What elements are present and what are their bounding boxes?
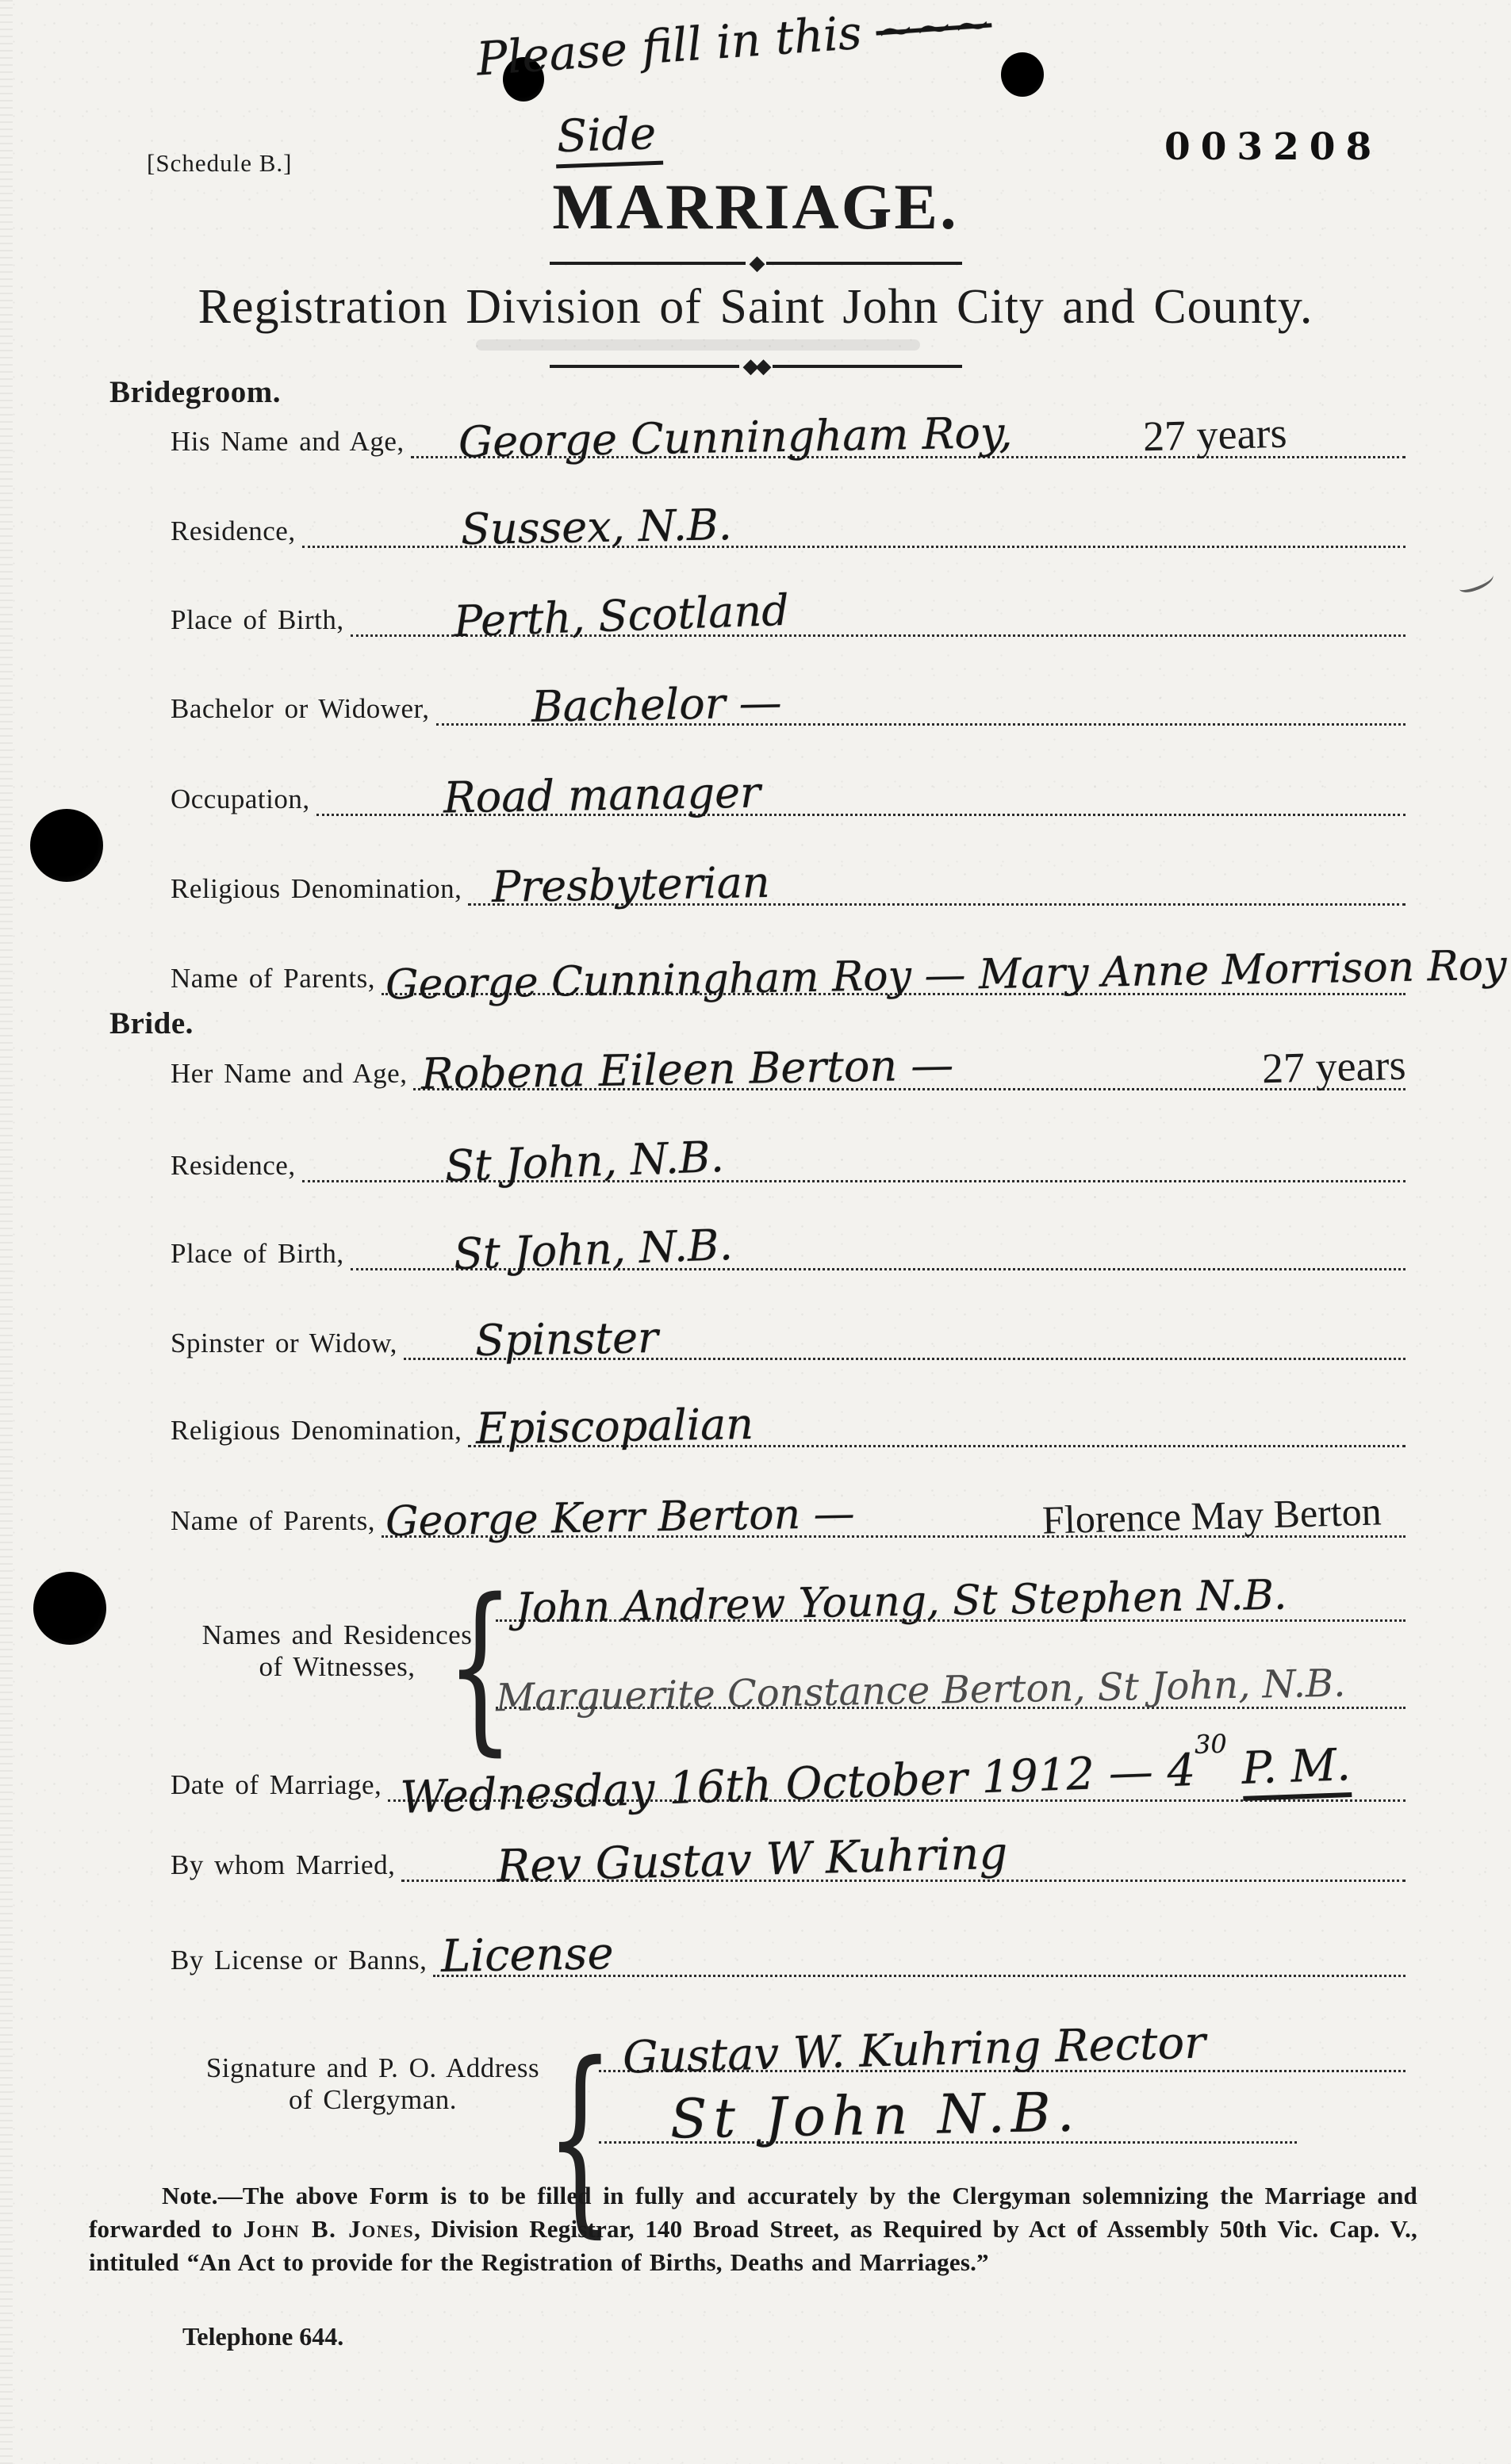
dotted-entry-line: Marguerite Constance Berton, St John, N.… [496,1664,1406,1709]
ornamental-divider: ◆◆ [550,365,962,368]
field-label: His Name and Age, [171,427,411,458]
field-birthplace-bride: Place of Birth, St John, N.B. [171,1225,1406,1270]
handwritten-entry: 27 years [1261,1040,1406,1094]
field-label: Place of Birth, [171,1240,351,1270]
serial-number-stamp: 003208 [1164,125,1382,169]
dotted-entry-line: Rev Gustav W Kuhring [401,1837,1406,1882]
field-residence-bride: Residence, St John, N.B. [171,1137,1406,1182]
field-date-of-marriage: Date of Marriage, Wednesday 16th October… [171,1757,1406,1802]
field-label: By whom Married, [171,1851,401,1882]
bride-heading: Bride. [109,1006,194,1041]
dotted-entry-line: George Cunningham Roy — Mary Anne Morris… [382,950,1406,995]
dotted-entry-line: License [433,1932,1406,1977]
field-label: By License or Banns, [171,1946,433,1977]
dotted-entry-line: Robena Eileen Berton — 27 years [413,1045,1406,1090]
dotted-entry-line: Gustav W. Kuhring Rector [599,2027,1406,2072]
dotted-entry-line: St John, N.B. [351,1225,1406,1270]
ornamental-divider: ◆ [550,262,962,265]
dotted-entry-line: Presbyterian [468,860,1406,906]
clergyman-label-line1: Signature and P. O. Address [167,2052,579,2084]
handwritten-side-note: Side [554,108,664,169]
dotted-entry-line: George Cunningham Roy, 27 years [411,413,1406,458]
field-religion-groom: Religious Denomination, Presbyterian [171,860,1406,906]
field-label: Her Name and Age, [171,1060,413,1090]
dotted-entry-line: Wednesday 16th October 1912 — 430 P. M. [388,1757,1406,1802]
registrar-note: Note.—The above Form is to be filled in … [89,2179,1417,2279]
top-note-text: Please fill in this [474,5,877,86]
top-note-crossed-out-word: ~~~ [874,0,993,58]
field-label: Religious Denomination, [171,1416,468,1447]
clergyman-label-line2: of Clergyman. [167,2084,579,2116]
field-clergyman-signature: Gustav W. Kuhring Rector [599,2027,1406,2072]
dotted-entry-line: John Andrew Young, St Stephen N.B. [496,1577,1406,1622]
field-clergyman-address: St John N.B. [599,2098,1297,2144]
field-label: Residence, [171,517,302,548]
dotted-entry-line: Road manager [316,771,1406,816]
dotted-entry-line: Bachelor — [436,680,1406,726]
handwritten-entry: Episcopalian [476,1399,754,1454]
handwritten-entry: Perth, Scotland [453,585,790,647]
dotted-entry-line: St John, N.B. [302,1137,1406,1182]
note-label: Note.— [162,2182,243,2209]
ink-mark [1456,569,1496,595]
handwritten-entry: Road manager [443,768,761,823]
time-superscript: 30 [1195,1729,1228,1760]
handwritten-address: St John N.B. [669,2081,1081,2151]
scan-smudge [476,339,920,351]
clergyman-label: Signature and P. O. Address of Clergyman… [167,2052,579,2116]
field-witness-2: Marguerite Constance Berton, St John, N.… [496,1664,1406,1709]
field-witness-1: John Andrew Young, St Stephen N.B. [496,1577,1406,1622]
pm-suffix: P. M. [1241,1739,1352,1801]
punch-hole [30,809,103,882]
handwritten-entry: Robena Eileen Berton — [421,1040,954,1099]
dotted-entry-line: George Kerr Berton — Florence May Berton [382,1493,1406,1538]
field-label: Place of Birth, [171,606,351,637]
handwritten-entry: Sussex, N.B. [460,500,732,554]
handwritten-entry: St John, N.B. [444,1132,725,1191]
field-label: Religious Denomination, [171,875,468,906]
handwritten-entry: George Kerr Berton — [385,1490,856,1546]
field-label: Date of Marriage, [171,1771,388,1802]
form-title: MARRIAGE. [0,170,1511,244]
handwritten-signature: Gustav W. Kuhring Rector [622,2017,1206,2083]
handwritten-entry: George Cunningham Roy, [458,408,1012,467]
handwritten-entry: Florence May Berton [1042,1488,1383,1542]
field-birthplace-groom: Place of Birth, Perth, Scotland [171,592,1406,637]
registration-division-subtitle: Registration Division of Saint John City… [0,279,1511,335]
field-spinster-widow: Spinster or Widow, Spinster [171,1315,1406,1360]
field-label: Occupation, [171,785,316,816]
handwritten-entry: Marguerite Constance Berton, St John, N.… [496,1661,1346,1721]
marriage-registration-form: Please fill in this ~~~ Side [Schedule B… [0,0,1511,2464]
handwritten-entry: Bachelor — [531,677,782,731]
field-label: Name of Parents, [171,964,382,995]
handwritten-entry: Wednesday 16th October 1912 — 430 P. M. [399,1724,1352,1824]
dotted-entry-line: Sussex, N.B. [302,503,1406,548]
handwritten-entry: 27 years [1142,408,1287,462]
handwritten-entry: St John, N.B. [453,1220,734,1279]
bridegroom-heading: Bridegroom. [109,374,281,410]
handwritten-entry: License [441,1928,615,1983]
handwritten-entry: Spinster [474,1312,658,1366]
field-religion-bride: Religious Denomination, Episcopalian [171,1402,1406,1447]
field-label: Bachelor or Widower, [171,695,436,726]
scan-edge-noise [0,0,13,2464]
field-parents-bride: Name of Parents, George Kerr Berton — Fl… [171,1493,1406,1538]
handwritten-entry: George Cunningham Roy — Mary Anne Morris… [385,942,1507,1010]
punch-hole [33,1572,106,1645]
field-occupation: Occupation, Road manager [171,771,1406,816]
field-her-name-age: Her Name and Age, Robena Eileen Berton —… [171,1045,1406,1090]
field-residence-groom: Residence, Sussex, N.B. [171,503,1406,548]
field-by-whom-married: By whom Married, Rev Gustav W Kuhring [171,1837,1406,1882]
handwritten-entry: John Andrew Young, St Stephen N.B. [516,1572,1287,1633]
dotted-entry-line: St John N.B. [599,2098,1297,2144]
handwritten-top-note: Please fill in this ~~~ [474,0,993,86]
field-label: Residence, [171,1152,302,1182]
field-bachelor-widower: Bachelor or Widower, Bachelor — [171,680,1406,726]
field-label: Spinster or Widow, [171,1329,404,1360]
field-license-banns: By License or Banns, License [171,1932,1406,1977]
punch-hole [1001,52,1044,97]
dotted-entry-line: Spinster [404,1315,1406,1360]
telephone-number: Telephone 644. [182,2322,343,2351]
dotted-entry-line: Perth, Scotland [351,592,1406,637]
registrar-name: John B. Jones [244,2215,415,2243]
dotted-entry-line: Episcopalian [468,1402,1406,1447]
handwritten-entry: Rev Gustav W Kuhring [497,1828,1009,1893]
field-his-name-age: His Name and Age, George Cunningham Roy,… [171,413,1406,458]
field-parents-groom: Name of Parents, George Cunningham Roy —… [171,950,1406,995]
handwritten-entry: Presbyterian [492,857,771,912]
field-label: Name of Parents, [171,1507,382,1538]
